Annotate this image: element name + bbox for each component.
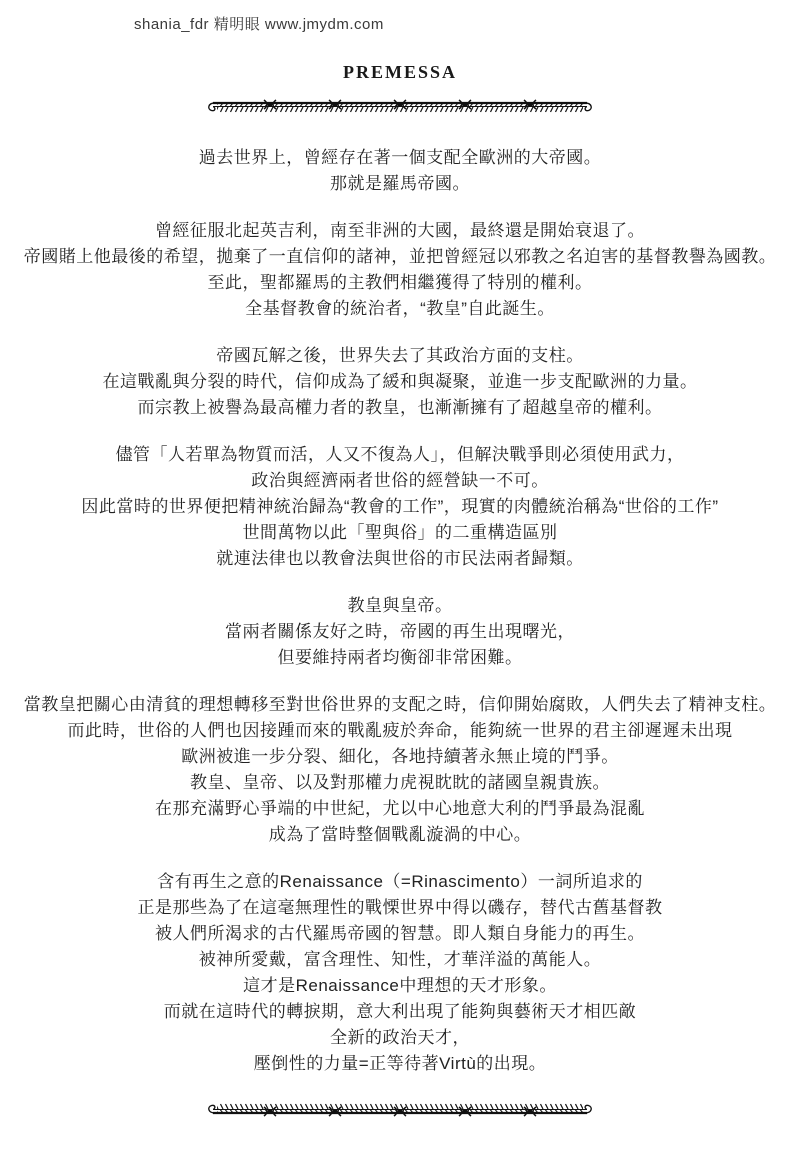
paragraph-7: 含有再生之意的Renaissance（=Rinascimento）一詞所追求的 … — [0, 869, 800, 1077]
text-line: 帝國瓦解之後，世界失去了其政治方面的支柱。 — [0, 343, 800, 369]
manga-preface-page: shania_fdr 精明眼 www.jmydm.com PREMESSA — [0, 0, 800, 1169]
text-line: 含有再生之意的Renaissance（=Rinascimento）一詞所追求的 — [0, 869, 800, 895]
text-line: 當教皇把關心由清貧的理想轉移至對世俗世界的支配之時，信仰開始腐敗，人們失去了精神… — [0, 692, 800, 718]
preface-text: 過去世界上，曾經存在著一個支配全歐洲的大帝國。 那就是羅馬帝國。 曾經征服北起英… — [0, 145, 800, 1077]
paragraph-2: 曾經征服北起英吉利，南至非洲的大國，最終還是開始衰退了。 帝國賭上他最後的希望，… — [0, 218, 800, 322]
text-line: 被人們所渴求的古代羅馬帝國的智慧。即人類自身能力的再生。 — [0, 921, 800, 947]
text-line: 帝國賭上他最後的希望，拋棄了一直信仰的諸神，並把曾經冠以邪教之名迫害的基督教譽為… — [0, 244, 800, 270]
text-line: 教皇與皇帝。 — [0, 593, 800, 619]
text-line: 至此，聖都羅馬的主教們相繼獲得了特別的權利。 — [0, 270, 800, 296]
text-line: 因此當時的世界便把精神統治歸為“教會的工作”，現實的肉體統治稱為“世俗的工作” — [0, 494, 800, 520]
text-line: 儘管「人若單為物質而活，人又不復為人」，但解決戰爭則必須使用武力， — [0, 442, 800, 468]
text-line: 歐洲被進一步分裂、細化，各地持續著永無止境的鬥爭。 — [0, 744, 800, 770]
divider-top-wrap — [0, 96, 800, 114]
paragraph-6: 當教皇把關心由清貧的理想轉移至對世俗世界的支配之時，信仰開始腐敗，人們失去了精神… — [0, 692, 800, 848]
text-line: 就連法律也以教會法與世俗的市民法兩者歸類。 — [0, 546, 800, 572]
text-line: 政治與經濟兩者世俗的經營缺一不可。 — [0, 468, 800, 494]
ornamental-rope-divider-bottom-icon — [205, 1102, 595, 1120]
text-line: 但要維持兩者均衡卻非常困難。 — [0, 645, 800, 671]
text-line: 在那充滿野心爭端的中世紀，尤以中心地意大利的鬥爭最為混亂 — [0, 796, 800, 822]
paragraph-3: 帝國瓦解之後，世界失去了其政治方面的支柱。 在這戰亂與分裂的時代，信仰成為了緩和… — [0, 343, 800, 421]
text-line: 全新的政治天才， — [0, 1025, 800, 1051]
text-line: 當兩者關係友好之時，帝國的再生出現曙光， — [0, 619, 800, 645]
text-line: 而就在這時代的轉捩期，意大利出現了能夠與藝術天才相匹敵 — [0, 999, 800, 1025]
text-line: 被神所愛戴，富含理性、知性，才華洋溢的萬能人。 — [0, 947, 800, 973]
watermark-text: shania_fdr 精明眼 www.jmydm.com — [134, 13, 384, 34]
text-line: 成為了當時整個戰亂漩渦的中心。 — [0, 822, 800, 848]
text-line: 而此時，世俗的人們也因接踵而來的戰亂疲於奔命，能夠統一世界的君主卻遲遲未出現 — [0, 718, 800, 744]
text-line: 曾經征服北起英吉利，南至非洲的大國，最終還是開始衰退了。 — [0, 218, 800, 244]
paragraph-4: 儘管「人若單為物質而活，人又不復為人」，但解決戰爭則必須使用武力， 政治與經濟兩… — [0, 442, 800, 572]
text-line: 這才是Renaissance中理想的天才形象。 — [0, 973, 800, 999]
text-line: 在這戰亂與分裂的時代，信仰成為了緩和與凝聚，並進一步支配歐洲的力量。 — [0, 369, 800, 395]
paragraph-5: 教皇與皇帝。 當兩者關係友好之時，帝國的再生出現曙光， 但要維持兩者均衡卻非常困… — [0, 593, 800, 671]
text-line: 而宗教上被譽為最高權力者的教皇，也漸漸擁有了超越皇帝的權利。 — [0, 395, 800, 421]
ornamental-rope-divider-top-icon — [205, 96, 595, 114]
divider-bottom-wrap — [0, 1102, 800, 1120]
paragraph-1: 過去世界上，曾經存在著一個支配全歐洲的大帝國。 那就是羅馬帝國。 — [0, 145, 800, 197]
page-title: PREMESSA — [0, 0, 800, 83]
text-line: 正是那些為了在這毫無理性的戰慄世界中得以磯存，替代古舊基督教 — [0, 895, 800, 921]
text-line: 壓倒性的力量=正等待著Virtù的出現。 — [0, 1051, 800, 1077]
text-line: 教皇、皇帝、以及對那權力虎視眈眈的諸國皇親貴族。 — [0, 770, 800, 796]
text-line: 過去世界上，曾經存在著一個支配全歐洲的大帝國。 — [0, 145, 800, 171]
text-line: 那就是羅馬帝國。 — [0, 171, 800, 197]
text-line: 全基督教會的統治者，“教皇”自此誕生。 — [0, 296, 800, 322]
text-line: 世間萬物以此「聖與俗」的二重構造區別 — [0, 520, 800, 546]
